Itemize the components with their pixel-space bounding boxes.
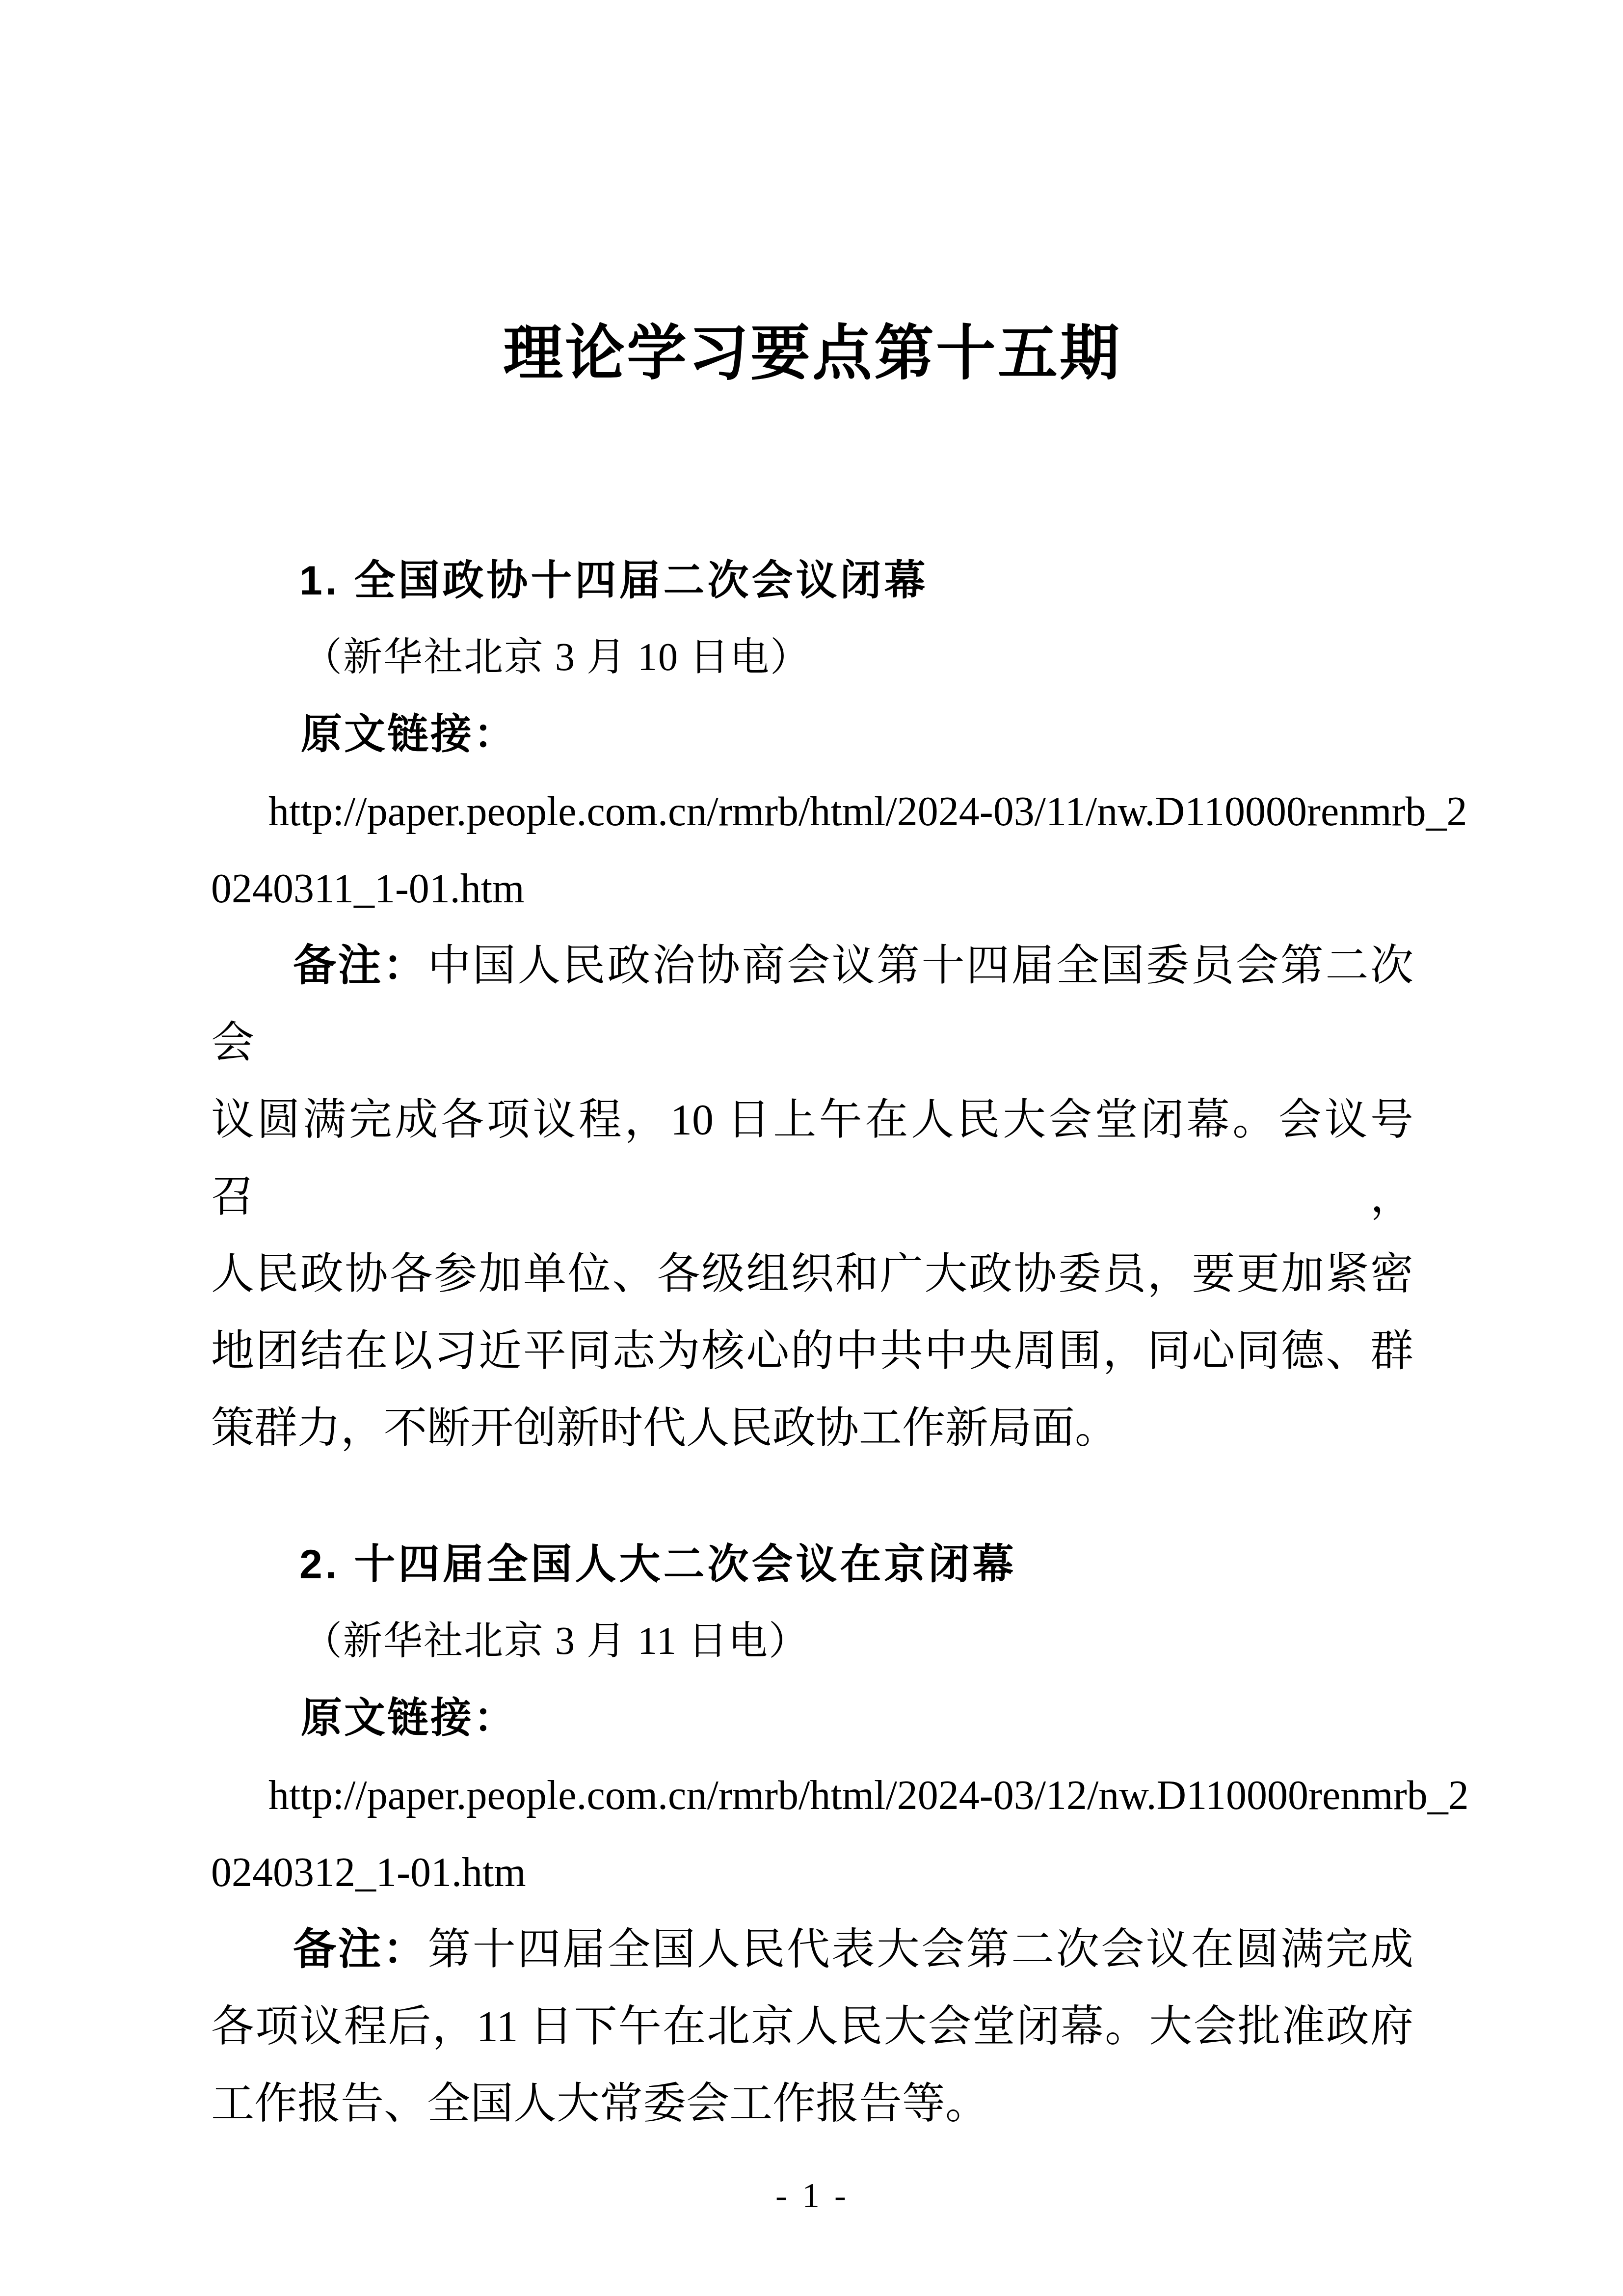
- section-1-note-line-4: 地团结在以习近平同志为核心的中共中央周围，同心同德、群: [211, 1313, 1413, 1390]
- section-divider-space: [211, 1467, 1413, 1526]
- section-1-link-label: 原文链接：: [211, 696, 1413, 773]
- section-1-heading: 1. 全国政协十四届二次会议闭幕: [211, 542, 1413, 619]
- section-2-heading: 2. 十四届全国人大二次会议在京闭幕: [211, 1526, 1413, 1603]
- section-2-note-text: 第十四届全国人民代表大会第二次会议在圆满完成: [427, 1926, 1413, 1973]
- page-number: - 1 -: [211, 2157, 1413, 2234]
- page-title: 理论学习要点第十五期: [211, 278, 1413, 430]
- section-2-link-label: 原文链接：: [211, 1680, 1413, 1757]
- section-2-url-line-2: 0240312_1-01.htm: [211, 1834, 1413, 1911]
- section-2-source-line: （新华社北京 3 月 11 日电）: [211, 1603, 1413, 1680]
- section-1-note-line-3: 人民政协各参加单位、各级组织和广大政协委员，要更加紧密: [211, 1236, 1413, 1313]
- section-2-note-line-2: 各项议程后，11 日下午在北京人民大会堂闭幕。大会批准政府: [211, 1988, 1413, 2065]
- section-2-note-line-1: 备注：第十四届全国人民代表大会第二次会议在圆满完成: [211, 1911, 1413, 1988]
- section-1-note-label: 备注：: [293, 942, 427, 990]
- document-page: 理论学习要点第十五期 1. 全国政协十四届二次会议闭幕 （新华社北京 3 月 1…: [0, 0, 1623, 2296]
- section-1-url-line-1: http://paper.people.com.cn/rmrb/html/202…: [211, 773, 1413, 850]
- section-1-note-line-2: 议圆满完成各项议程，10 日上午在人民大会堂闭幕。会议号召，: [211, 1081, 1413, 1236]
- section-1-note-line-1: 备注：中国人民政治协商会议第十四届全国委员会第二次会: [211, 927, 1413, 1081]
- section-1-source-line: （新华社北京 3 月 10 日电）: [211, 619, 1413, 696]
- section-2-note-label: 备注：: [293, 1926, 427, 1973]
- section-1-url-line-2: 0240311_1-01.htm: [211, 850, 1413, 927]
- section-2-note-line-3: 工作报告、全国人大常委会工作报告等。: [211, 2065, 1413, 2142]
- section-1-note-line-5: 策群力，不断开创新时代人民政协工作新局面。: [211, 1390, 1413, 1467]
- section-2-url-line-1: http://paper.people.com.cn/rmrb/html/202…: [211, 1757, 1413, 1834]
